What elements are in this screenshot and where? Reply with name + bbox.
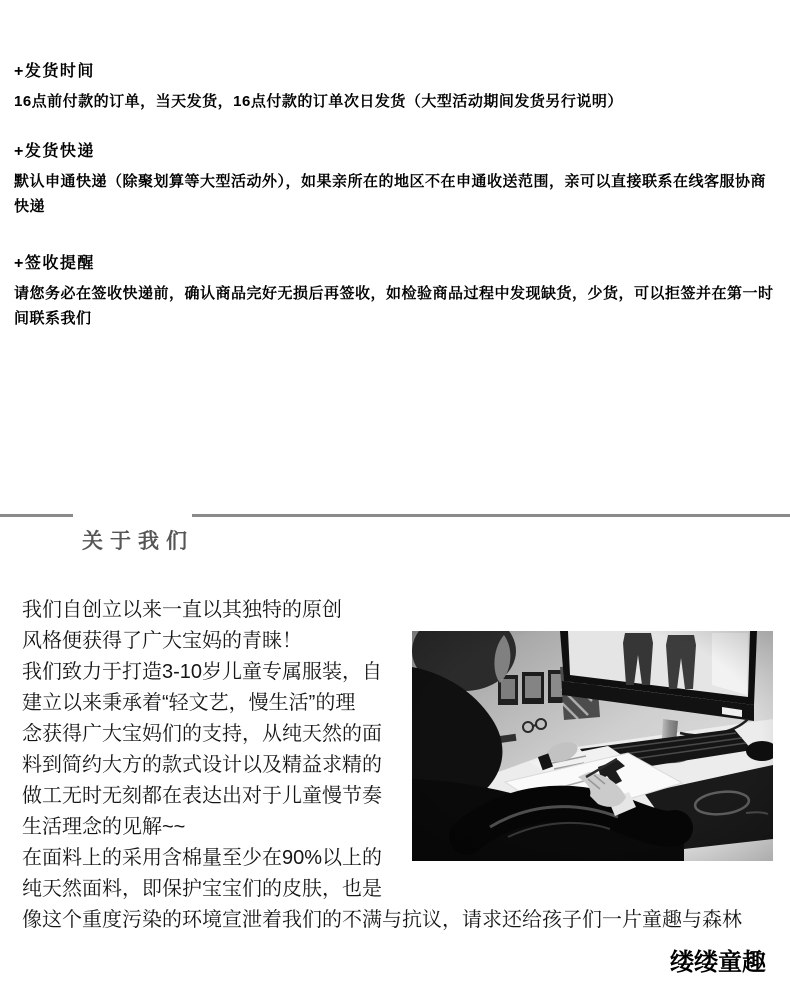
about-us-heading: 关于我们 [82, 530, 790, 554]
divider-right-segment [192, 514, 790, 517]
shipping-time-text: 16点前付款的订单，当天发货，16点付款的订单次日发货（大型活动期间发货另行说明… [14, 89, 776, 114]
product-detail-page: +发货时间 16点前付款的订单，当天发货，16点付款的订单次日发货（大型活动期间… [0, 0, 790, 982]
section-divider [0, 514, 790, 517]
divider-left-segment [0, 514, 73, 517]
about-us-section: 我们自创立以来一直以其独特的原创 风格便获得了广大宝妈的青睐！ 我们致力于打造3… [22, 595, 790, 936]
photo-vignette [412, 631, 773, 861]
sign-reminder-heading: +签收提醒 [14, 254, 776, 274]
sign-reminder-text: 请您务必在签收快递前，确认商品完好无损后再签收，如检验商品过程中发现缺货，少货，… [14, 281, 776, 331]
designer-at-desk-photo [412, 631, 773, 861]
about-photo-illustration [412, 631, 773, 861]
divider-gap [73, 514, 192, 517]
shipping-courier-heading: +发货快递 [14, 142, 776, 162]
shipping-time-heading: +发货时间 [14, 62, 776, 82]
shipping-courier-block: +发货快递 默认申通快递（除聚划算等大型活动外），如果亲所在的地区不在申通收送范… [14, 142, 776, 219]
sign-reminder-block: +签收提醒 请您务必在签收快递前，确认商品完好无损后再签收，如检验商品过程中发现… [14, 254, 776, 331]
shipping-time-block: +发货时间 16点前付款的订单，当天发货，16点付款的订单次日发货（大型活动期间… [14, 62, 776, 114]
brand-name: 缕缕童趣 [0, 949, 790, 977]
about-us-paragraph: 我们自创立以来一直以其独特的原创 风格便获得了广大宝妈的青睐！ 我们致力于打造3… [22, 595, 424, 905]
shipping-courier-text: 默认申通快递（除聚划算等大型活动外），如果亲所在的地区不在申通收送范围，亲可以直… [14, 169, 776, 219]
shipping-notes-section: +发货时间 16点前付款的订单，当天发货，16点付款的订单次日发货（大型活动期间… [0, 62, 790, 331]
about-us-closing-line: 像这个重度污染的环境宣泄着我们的不满与抗议，请求还给孩子们一片童趣与森林 [22, 905, 782, 936]
